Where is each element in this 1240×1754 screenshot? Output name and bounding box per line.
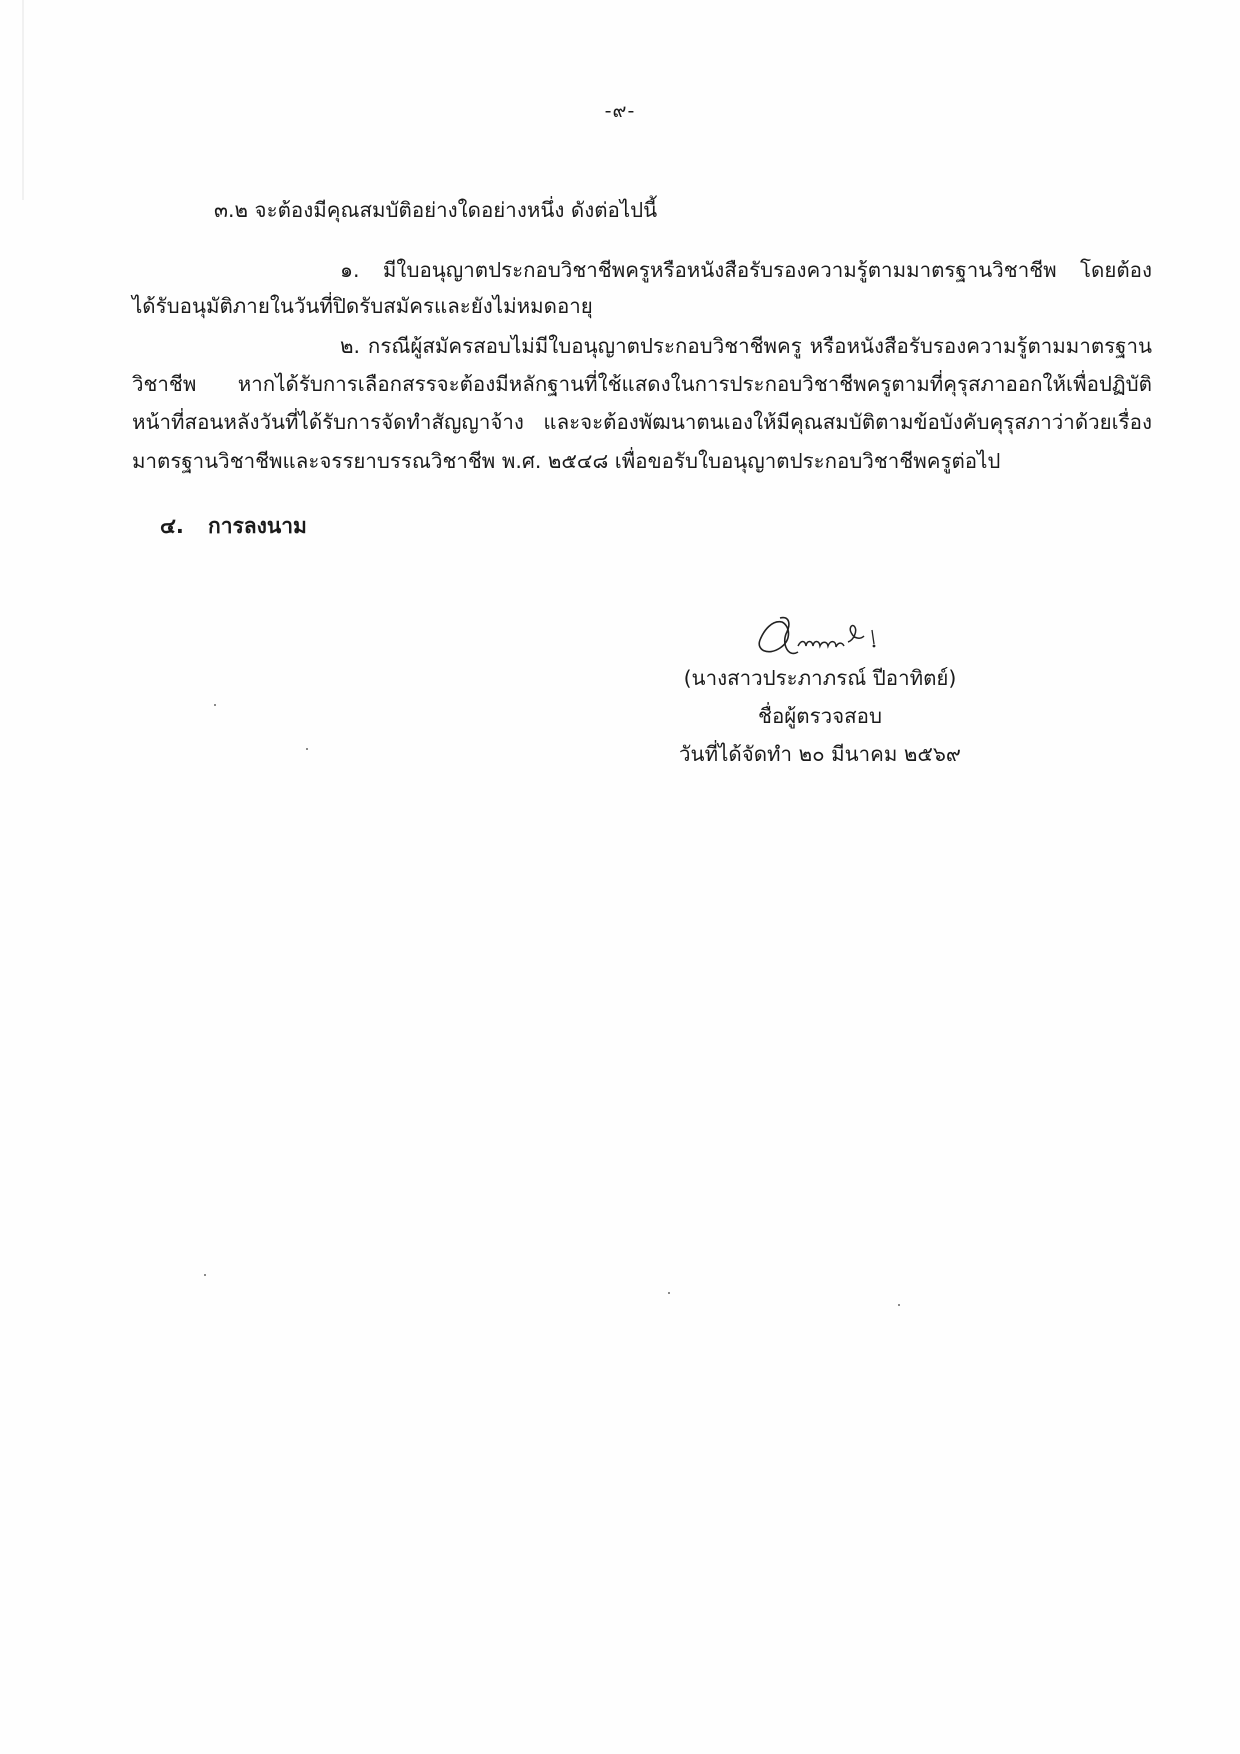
scan-speck — [668, 1292, 670, 1294]
signatory-role: ชื่อผู้ตรวจสอบ — [640, 702, 1000, 730]
page-number: -๙- — [0, 96, 1240, 126]
clause-3-2-heading: ๓.๒ จะต้องมีคุณสมบัติอย่างใดอย่างหนึ่ง ด… — [214, 196, 657, 224]
scan-speck — [898, 1304, 900, 1306]
signature-date: วันที่ได้จัดทำ ๒๐ มีนาคม ๒๕๖๙ — [640, 740, 1000, 768]
clause-3-2-item-2-line-4: มาตรฐานวิชาชีพและจรรยาบรรณวิชาชีพ พ.ศ. ๒… — [132, 447, 1000, 475]
clause-3-2-item-2-line-2: วิชาชีพ หากได้รับการเลือกสรรจะต้องมีหลัก… — [132, 370, 1152, 398]
clause-3-2-item-2-line-3: หน้าที่สอนหลังวันที่ได้รับการจัดทำสัญญาจ… — [132, 408, 1152, 436]
clause-3-2-item-2-line-1: ๒. กรณีผู้สมัครสอบไม่มีใบอนุญาตประกอบวิช… — [340, 332, 1152, 360]
document-page: -๙- ๓.๒ จะต้องมีคุณสมบัติอย่างใดอย่างหนึ… — [0, 0, 1240, 1754]
section-4-number: ๔. — [160, 510, 208, 543]
scan-speck — [214, 704, 216, 706]
scan-speck — [204, 1274, 206, 1276]
signatory-name: (นางสาวประภาภรณ์ ปีอาทิตย์) — [640, 664, 1000, 692]
clause-3-2-item-1-line-2: ได้รับอนุมัติภายในวันที่ปิดรับสมัครและยั… — [132, 292, 593, 320]
section-4-title: การลงนาม — [208, 514, 307, 538]
clause-3-2-item-1-line-1: ๑. มีใบอนุญาตประกอบวิชาชีพครูหรือหนังสือ… — [340, 256, 1152, 284]
scan-speck — [306, 748, 308, 750]
section-4-heading: ๔.การลงนาม — [160, 510, 307, 543]
signature-icon — [752, 612, 902, 662]
